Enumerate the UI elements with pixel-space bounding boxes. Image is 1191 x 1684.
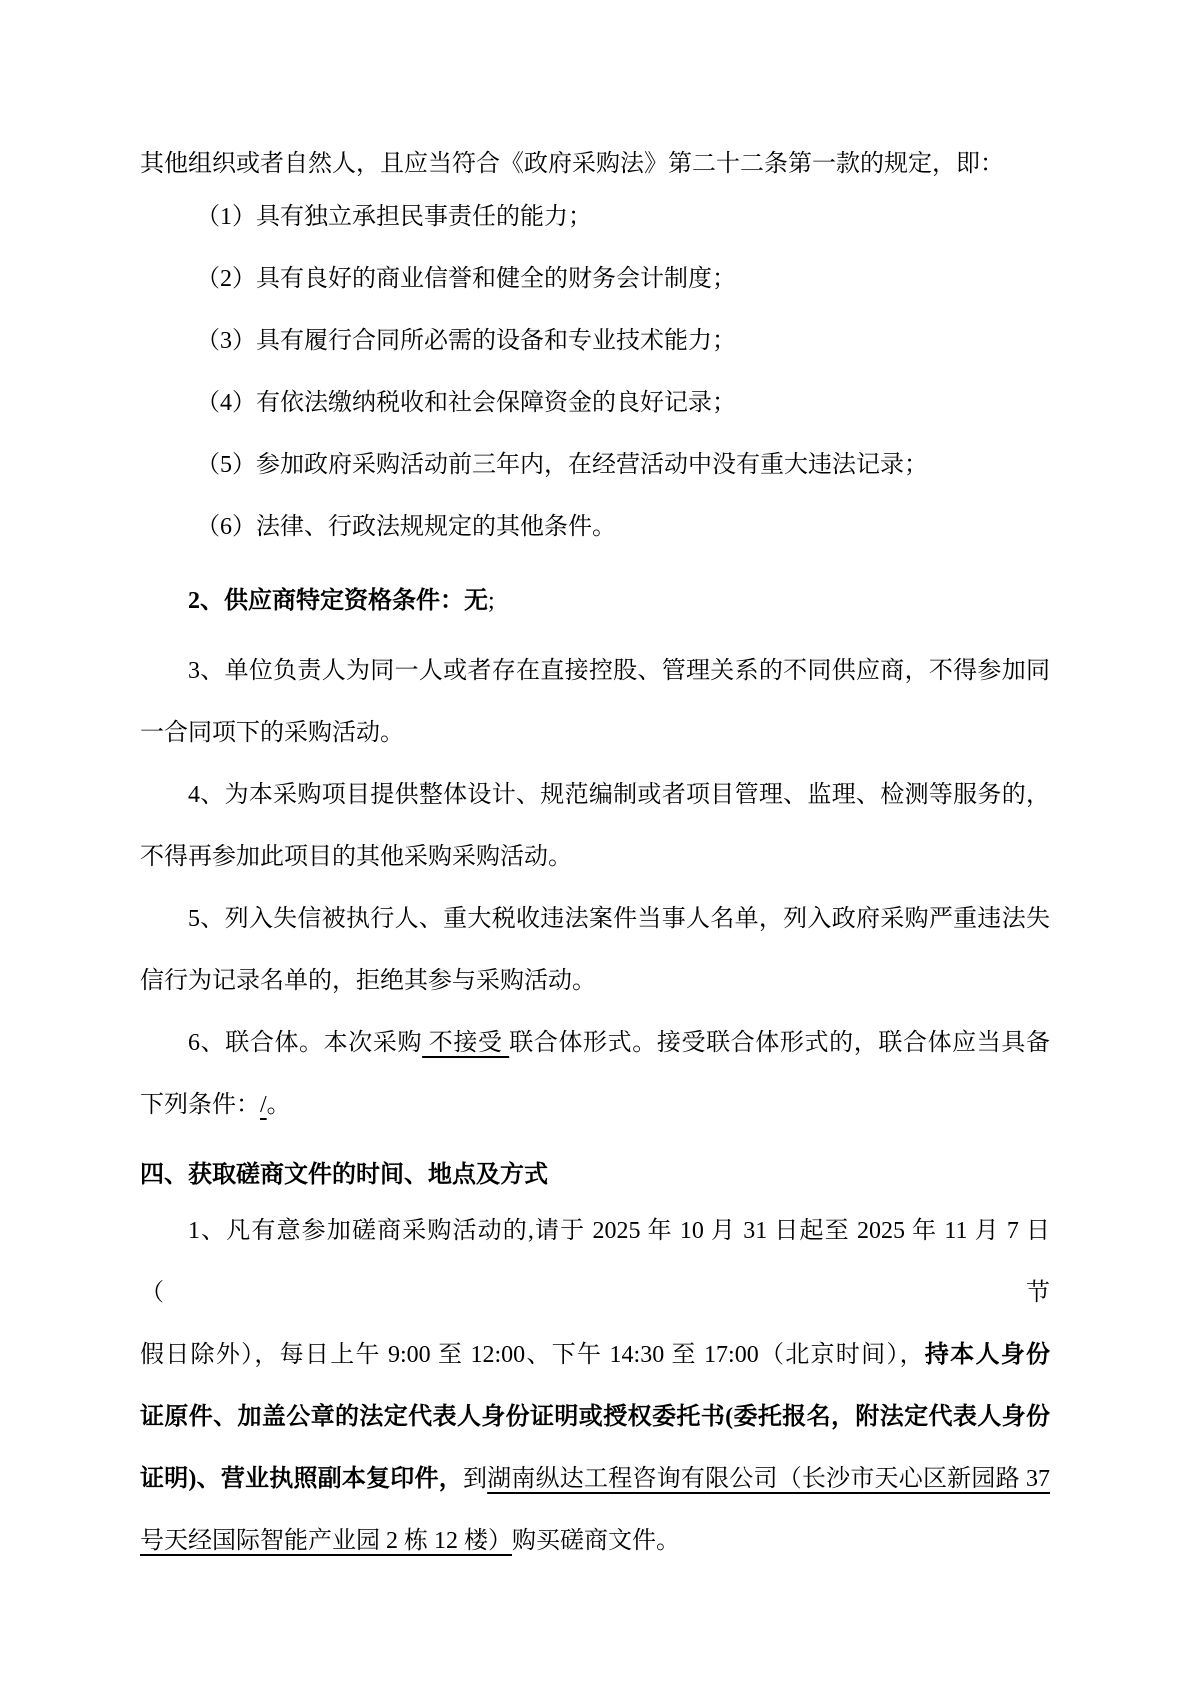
- intro-continuation-line: 其他组织或者自然人，且应当符合《政府采购法》第二十二条第一款的规定，即：: [140, 142, 1050, 186]
- qualification-item-3-text: （3）具有履行合同所必需的设备和专业技术能力；: [196, 328, 736, 354]
- qualification-item-6: （6）法律、行政法规规定的其他条件。: [140, 496, 1050, 558]
- paragraph-3-line-1: 3、单位负责人为同一人或者存在直接控股、管理关系的不同供应商，不得参加同: [140, 640, 1050, 702]
- qualification-item-6-text: （6）法律、行政法规规定的其他条件。: [196, 514, 616, 540]
- qualification-item-1-text: （1）具有独立承担民事责任的能力；: [196, 204, 592, 230]
- paragraph-5-line-1-text: 5、列入失信被执行人、重大税收违法案件当事人名单，列入政府采购严重违法失: [188, 906, 1050, 932]
- paragraph-6-line-1-post: 联合体形式。接受联合体形式的，联合体应当具备: [509, 1030, 1050, 1056]
- paragraph-6-line-1: 6、联合体。本次采购 不接受 联合体形式。接受联合体形式的，联合体应当具备: [140, 1012, 1050, 1074]
- qualification-item-5: （5）参加政府采购活动前三年内，在经营活动中没有重大违法记录；: [140, 434, 1050, 496]
- section-4-paragraph-1-line-1: 1、凡有意参加磋商采购活动的,请于 2025 年 10 月 31 日起至 202…: [140, 1200, 1050, 1324]
- special-qualification-paragraph: 2、供应商特定资格条件：无;: [140, 570, 1050, 632]
- paragraph-5-line-2: 信行为记录名单的，拒绝其参与采购活动。: [140, 950, 1050, 1012]
- paragraph-3-line-2: 一合同项下的采购活动。: [140, 702, 1050, 764]
- intro-text: 其他组织或者自然人，且应当符合《政府采购法》第二十二条第一款的规定，即：: [140, 151, 1004, 177]
- qualification-item-1: （1）具有独立承担民事责任的能力；: [140, 186, 1050, 248]
- s4-p1-agency-address-underline-part2: 号天经国际智能产业园 2 栋 12 楼）: [140, 1528, 512, 1554]
- section-4-paragraph-1-line-5: 号天经国际智能产业园 2 栋 12 楼）购买磋商文件。: [140, 1510, 1050, 1572]
- s4-p1-agency-address-underline-part1: 湖南纵达工程咨询有限公司（长沙市天心区新园路 37: [487, 1466, 1050, 1492]
- paragraph-3-line-1-text: 3、单位负责人为同一人或者存在直接控股、管理关系的不同供应商，不得参加同: [188, 658, 1050, 684]
- s4-p1-line-2-pre: 假日除外），每日上午 9:00 至 12:00、下午 14:30 至 17:00…: [140, 1342, 925, 1368]
- section-4-paragraph-1-line-4: 证明)、营业执照副本复印件，到湖南纵达工程咨询有限公司（长沙市天心区新园路 37: [140, 1448, 1050, 1510]
- paragraph-5-line-2-text: 信行为记录名单的，拒绝其参与采购活动。: [140, 968, 596, 994]
- paragraph-4-line-2: 不得再参加此项目的其他采购采购活动。: [140, 826, 1050, 888]
- section-4-paragraph-1-line-2: 假日除外），每日上午 9:00 至 12:00、下午 14:30 至 17:00…: [140, 1324, 1050, 1386]
- paragraph-6-slash-underline: /: [260, 1092, 267, 1118]
- paragraph-6-line-2-post: 。: [267, 1092, 291, 1118]
- paragraph-4-line-1-text: 4、为本采购项目提供整体设计、规范编制或者项目管理、监理、检测等服务的，: [188, 782, 1050, 808]
- special-qualification-tail: ;: [488, 588, 495, 614]
- qualification-item-4: （4）有依法缴纳税收和社会保障资金的良好记录；: [140, 372, 1050, 434]
- s4-p1-line-4-mid: 到: [463, 1466, 487, 1492]
- s4-p1-line-5-post: 购买磋商文件。: [512, 1528, 680, 1554]
- paragraph-6-line-2-pre: 下列条件：: [140, 1092, 260, 1118]
- s4-p1-line-1-text: 1、凡有意参加磋商采购活动的,请于 2025 年 10 月 31 日起至 202…: [140, 1218, 1050, 1306]
- paragraph-6-line-2: 下列条件：/。: [140, 1074, 1050, 1136]
- document-page: 其他组织或者自然人，且应当符合《政府采购法》第二十二条第一款的规定，即： （1）…: [0, 0, 1191, 1684]
- section-4-paragraph-1-line-3: 证原件、加盖公章的法定代表人身份证明或授权委托书(委托报名，附法定代表人身份: [140, 1386, 1050, 1448]
- section-4-heading-text: 四、获取磋商文件的时间、地点及方式: [140, 1162, 548, 1188]
- paragraph-4-line-2-text: 不得再参加此项目的其他采购采购活动。: [140, 844, 572, 870]
- s4-p1-line-3-bold: 证原件、加盖公章的法定代表人身份证明或授权委托书(委托报名，附法定代表人身份: [140, 1404, 1050, 1430]
- qualification-item-3: （3）具有履行合同所必需的设备和专业技术能力；: [140, 310, 1050, 372]
- paragraph-6-line-1-pre: 6、联合体。本次采购: [188, 1030, 422, 1056]
- paragraph-6-not-accepted-underline: 不接受: [422, 1030, 509, 1056]
- s4-p1-line-2-bold: 持本人身份: [925, 1342, 1050, 1368]
- section-4-heading: 四、获取磋商文件的时间、地点及方式: [140, 1144, 1050, 1206]
- special-qualification-bold-text: 2、供应商特定资格条件：无: [188, 588, 488, 614]
- s4-p1-line-4-bold: 证明)、营业执照副本复印件，: [140, 1466, 463, 1492]
- paragraph-5-line-1: 5、列入失信被执行人、重大税收违法案件当事人名单，列入政府采购严重违法失: [140, 888, 1050, 950]
- paragraph-4-line-1: 4、为本采购项目提供整体设计、规范编制或者项目管理、监理、检测等服务的，: [140, 764, 1050, 826]
- qualification-item-2: （2）具有良好的商业信誉和健全的财务会计制度；: [140, 248, 1050, 310]
- qualification-item-4-text: （4）有依法缴纳税收和社会保障资金的良好记录；: [196, 390, 736, 416]
- qualification-item-5-text: （5）参加政府采购活动前三年内，在经营活动中没有重大违法记录；: [196, 452, 928, 478]
- qualification-item-2-text: （2）具有良好的商业信誉和健全的财务会计制度；: [196, 266, 736, 292]
- paragraph-3-line-2-text: 一合同项下的采购活动。: [140, 720, 404, 746]
